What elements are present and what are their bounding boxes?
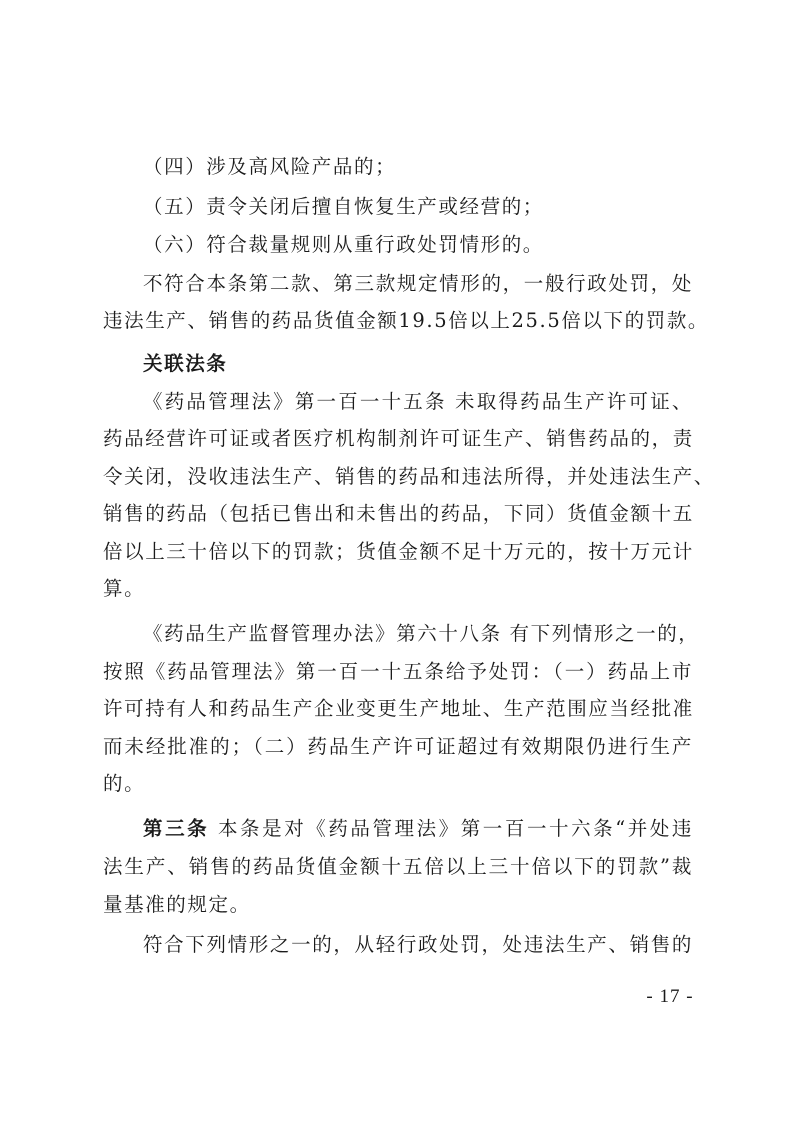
regulation-article-68-line-4: 而未经批准的；（二）药品生产许可证超过有效期限仍进行生产 [103,728,693,765]
page-number: - 17 - [630,982,710,1012]
regulation-article-68-line-3: 许可持有人和药品生产企业变更生产地址、生产范围应当经批准 [103,690,693,727]
document-page: （四）涉及高风险产品的； （五）责令关闭后擅自恢复生产或经营的； （六）符合裁量… [0,0,793,1122]
article-3-line-1: 第三条 本条是对《药品管理法》第一百一十六条“并处违 [143,810,693,847]
regulation-article-68-line-1: 《药品生产监督管理办法》第六十八条 有下列情形之一的， [143,615,693,652]
related-articles-heading: 关联法条 [143,345,693,382]
article-3-line-3: 量基准的规定。 [103,886,693,923]
law-article-115-line-5: 倍以上三十倍以下的罚款；货值金额不足十万元的，按十万元计 [103,533,693,570]
law-article-115-line-2: 药品经营许可证或者医疗机构制剂许可证生产、销售药品的，责 [103,420,693,457]
general-penalty-line-2: 违法生产、销售的药品货值金额19.5倍以上25.5倍以下的罚款。 [103,302,693,339]
article-3-line-2: 法生产、销售的药品货值金额十五倍以上三十倍以下的罚款”裁 [103,848,693,885]
law-article-115-line-3: 令关闭，没收违法生产、销售的药品和违法所得，并处违法生产、 [103,458,693,495]
law-article-115-line-6: 算。 [103,570,693,607]
law-article-115-line-4: 销售的药品（包括已售出和未售出的药品，下同）货值金额十五 [103,495,693,532]
article-3-line-4: 符合下列情形之一的，从轻行政处罚，处违法生产、销售的 [143,926,693,963]
general-penalty-line-1: 不符合本条第二款、第三款规定情形的，一般行政处罚，处 [143,265,693,302]
article-3-heading: 第三条 [143,817,209,840]
law-article-115-line-1: 《药品管理法》第一百一十五条 未取得药品生产许可证、 [143,383,693,420]
list-item-6: （六）符合裁量规则从重行政处罚情形的。 [143,226,693,263]
list-item-4: （四）涉及高风险产品的； [143,148,693,185]
article-3-line-1-text: 本条是对《药品管理法》第一百一十六条“并处违 [209,817,693,840]
regulation-article-68-line-5: 的。 [103,765,693,802]
list-item-5: （五）责令关闭后擅自恢复生产或经营的； [143,188,693,225]
regulation-article-68-line-2: 按照《药品管理法》第一百一十五条给予处罚：（一）药品上市 [103,653,693,690]
